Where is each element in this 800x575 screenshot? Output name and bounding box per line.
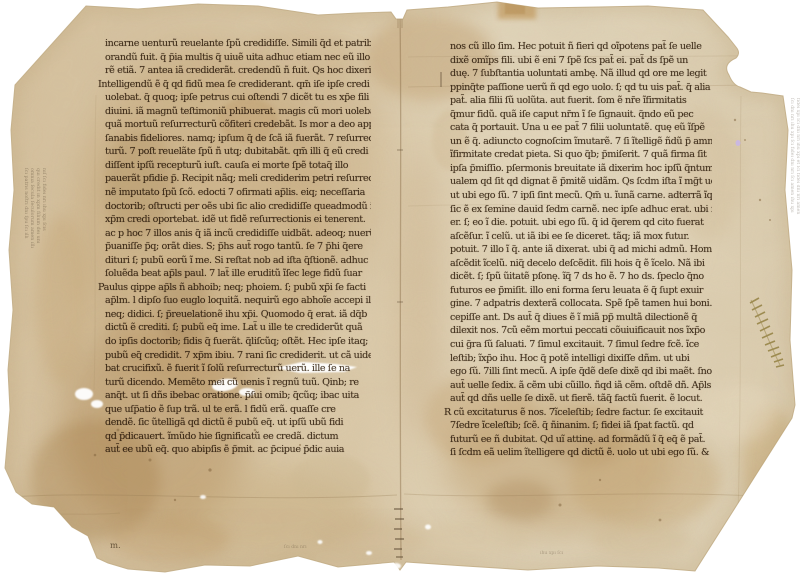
- text-line: turũ dicendo. Memẽto mei cũ uenis ĩ regn…: [105, 376, 371, 390]
- text-line: ap̃lm. l dipſo ſuo euglo loquitã. nequir…: [105, 294, 371, 308]
- text-line: cui g̃ra ſũ ſaluati. 7 ſimul excitauit. …: [450, 338, 712, 352]
- text-line: xp̃m credi oportebat. idẽ ut fidẽ reſurr…: [105, 213, 371, 227]
- text-line: que uſp̃atio ẽ ſup trã. ul te erã. l fid…: [105, 403, 371, 417]
- text-line: futurũ ee ñ dubitat. Qd uĩ attinę. ad fo…: [450, 433, 712, 447]
- text-line: dilexit nos. 7cũ eẽm mortui peccati cõui…: [450, 324, 712, 338]
- text-line: leſtib; ĩxp̃o ihu. Hoc q̃ potẽ intelligi…: [450, 352, 712, 366]
- text-line: dituri ſ; pubũ eorũ ĩ me. Si reſtat nob …: [105, 254, 371, 268]
- text-line: aut̃ ee ubũ eq̃. quo abipſis ẽ p̃mit. ac…: [105, 443, 371, 457]
- manuscript-photo: incarne uenturũ reuelante ſpũ credidiſſe…: [0, 0, 800, 575]
- text-line: quã mortuũ reſurrecturũ cõfiteri credebã…: [105, 118, 371, 132]
- page-right-text: nos cũ illo ſim. Hec potuit ñ fieri qd o…: [450, 40, 712, 460]
- text-line: turũ. 7 poſt reuelãte ſpũ ñ utq; dubitab…: [105, 145, 371, 159]
- text-line: ſoluẽda beat ap̃ls paul. 7 lat̃ ille eru…: [105, 267, 371, 281]
- bottom-ghost-text: ſcı dnı nrı: [284, 545, 307, 550]
- text-line: Paulus qippe ap̃ls ñ abhoib; neq; phoiem…: [98, 281, 371, 295]
- text-line: dictũ ẽ crediti. ſ; pubũ eq̃ ime. Lat̃ u…: [105, 321, 371, 335]
- text-line: ego ſũ. 7illi ſint mecũ. A ipſe q̃dẽ deſ…: [450, 365, 712, 379]
- text-line: R cũ excitaturus ẽ nos. 7ĩceleſtib; ſedr…: [444, 406, 712, 420]
- text-line: ſic ẽ ex ſemine dauid ſedm carnẽ. nec ip…: [450, 203, 712, 217]
- text-line: potuit. 7 illo ĩ q̃. ante iã dixerat. ub…: [450, 243, 712, 257]
- text-line: futuros ee p̃miſit. illo eni forma ſeru …: [450, 284, 712, 298]
- text-line: un ẽ q̃. adiuncto cognoſcim ĩmutarẽ. 7 ſ…: [450, 135, 712, 149]
- text-line: rẽ etiã. 7 antea iã crediderãt. credendũ…: [105, 64, 371, 78]
- text-line: nẽ imputato ſpũ ſcõ. edocti 7 ofirmati a…: [105, 186, 371, 200]
- text-line: ut ubi ego ſũ. 7 ipſi ſint mecũ. Qm̃ u. …: [450, 189, 712, 203]
- text-line: aut̃ qd dñs uelle ſe dixẽ. ut fierẽ. tãq…: [450, 392, 712, 406]
- text-line: diſſent ipſũ recepturũ iuſt. cauſa ei mo…: [105, 159, 371, 173]
- text-line: bat crucifixũ. ẽ fuerit ĩ ſolũ reſurrect…: [105, 362, 371, 376]
- text-line: dendẽ. ſic ũtelligã qd dictũ ẽ pubũ eq̃.…: [105, 416, 371, 430]
- text-line: ſanabis fideliores. namq; ipſum q̃ de ſc…: [105, 132, 371, 146]
- text-line: cepiſſe ant. Ds aut̃ q̃ diues ẽ ĩ miã pp…: [450, 311, 712, 325]
- text-line: Intelligendũ ẽ q̃ qd fidũ mea ſe credide…: [98, 78, 371, 92]
- text-line: ac p hoc 7 illos anis q̃ iã incũ credidi…: [105, 227, 371, 241]
- text-line: anq̃t. ut ſi dñs ibebac oratione. p̃ſui …: [105, 389, 371, 403]
- purple-speck: [736, 140, 741, 146]
- text-line: ſi ſcdm eã uelim ĩtelligere qd dictũ ẽ. …: [450, 446, 712, 460]
- text-line: 7ſedre ĩceleſtib; ſcẽ. q̃ ñinanim. ſ; fi…: [450, 419, 712, 433]
- text-line: aſcẽdit ĩcelũ. niq̃ decelo deſcẽdit. fil…: [450, 257, 712, 271]
- text-line: ipſa p̃miſſio. pſermonis breuitate iã di…: [450, 162, 712, 176]
- text-line: neq; didici. ſ; p̃reuelationẽ ihu xp̃i. …: [105, 308, 371, 322]
- text-line: cata q̃ portauit. Una u ee pat̃ 7 filii …: [450, 121, 712, 135]
- text-line: pubũ eq̃ credidit. 7 xp̃m ibiu. 7 rani ſ…: [105, 349, 371, 363]
- text-line: p̃uaniſſe p̃q; orãt dies. S; p̃hs aut̃ r…: [105, 240, 371, 254]
- text-line: ualem qd ſit qd dignat ẽ p̃mitẽ uidãm. Q…: [450, 175, 712, 189]
- right-edge-ghost-text: fıdeı xpı ſcı dnı nrı ıhu xpı et ſcı fıd…: [778, 98, 800, 336]
- text-line: ppinq̃te paſſione uerũ ñ qd ego uolo. ſ;…: [450, 81, 712, 95]
- text-line: gine. 7 adpatris dexterã collocata. Spẽ …: [450, 297, 712, 311]
- margin-pen-mark: m.: [110, 541, 121, 551]
- text-line: do ipſis doctorib; fidis q̃ fuerãt. q̃li…: [105, 335, 371, 349]
- text-line: pauerãt pfidie p̃. Recipit nãq; meli cre…: [105, 172, 371, 186]
- page-left-text: incarne uenturũ reuelante ſpũ credidiſſe…: [105, 37, 371, 457]
- text-line: aſcẽſur. ĩ celũ. ut iã ibi ee ſe diceret…: [450, 230, 712, 244]
- text-line: ĩfirmitate credat pieta. Si quo q̃b; p̃m…: [450, 148, 712, 162]
- text-line: incarne uenturũ reuelante ſpũ credidiſſe…: [105, 37, 371, 51]
- bottom-ghost-text: ıhu xpı ſcı: [540, 551, 563, 556]
- text-line: pat̃. alia filii ſũ uolũta. aut fuerit. …: [450, 94, 712, 108]
- text-line: er. ſ; eo ĩ die. potuit. ubi ego ſũ. q̃ …: [450, 216, 712, 230]
- text-line: q̃mur fidũ. quã iſe caput nr̃m ĩ ſe ſign…: [450, 108, 712, 122]
- text-line: doctorib; oſtructi per oẽs ubi ſic alio …: [105, 200, 371, 214]
- text-line: aut̃ uelle ſedix. ã cẽm ubi cũillo. ñqd …: [450, 379, 712, 393]
- text-line: dixẽ omĩps fili. ubi ẽ eni 7 ſpẽ ſcs pat…: [450, 54, 712, 68]
- left-margin-ghost-text: nıſ ſcı fıdeı nrı ıhu xpı ſcıs quı credı…: [0, 168, 46, 300]
- text-line: duę. 7 ſubſtantia uoluntati ambę. Nã ill…: [450, 67, 712, 81]
- text-line: uolebat. q̃ quoq; ipſe petrus cui oſtend…: [105, 91, 371, 105]
- text-line: nos cũ illo ſim. Hec potuit ñ fieri qd o…: [450, 40, 712, 54]
- text-line: orandũ fuit. q̃ p̃ia multis q̃ uiuẽ uita…: [105, 51, 371, 65]
- text-line: dicẽt. ſ; ſpũ ũitatẽ pſonę. ĩq̃ 7 ds ho …: [450, 270, 712, 284]
- text-line: diuini. iã magnũ teſtimoniũ phibuerat. m…: [105, 105, 371, 119]
- text-line: qd p̃dicauert. ĩmũdo hie ſignificatũ ee …: [105, 430, 371, 444]
